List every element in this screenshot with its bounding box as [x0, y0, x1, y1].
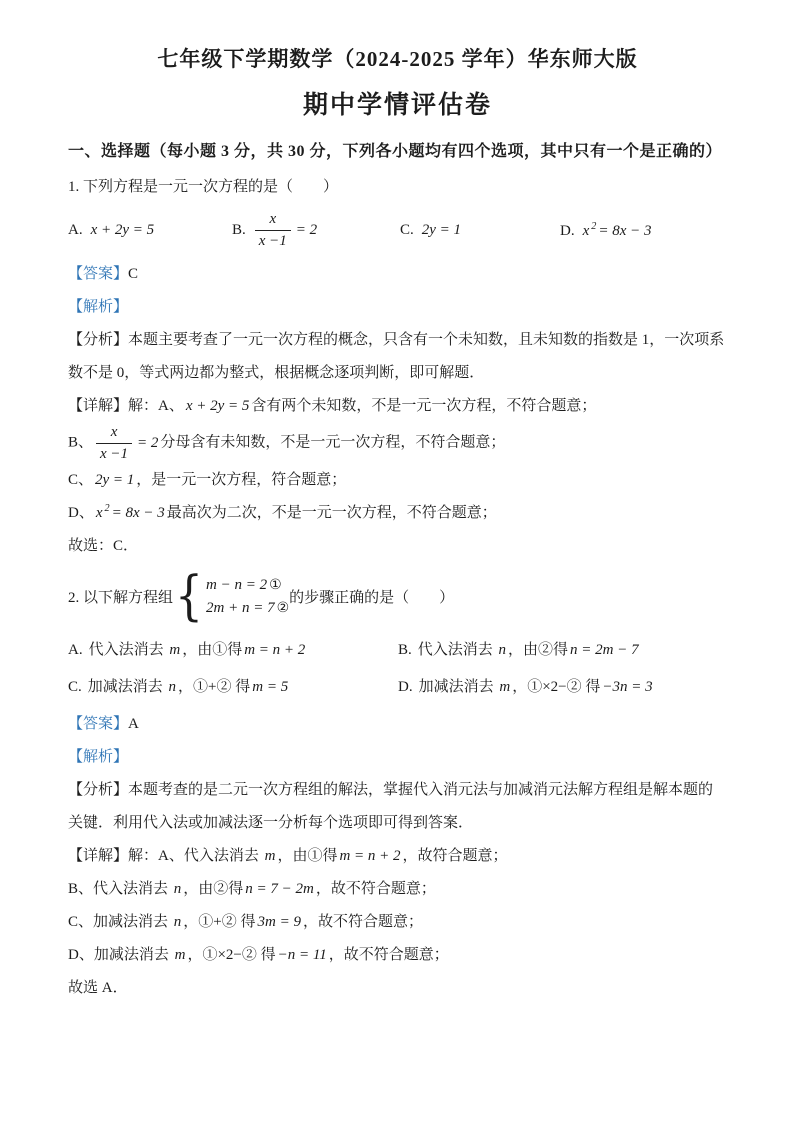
option-formula: x: [581, 223, 592, 239]
option-text: ，由①得: [182, 642, 242, 658]
question-1-option-b: B.xx −1= 2: [232, 210, 400, 251]
answer-value: C: [128, 266, 138, 282]
option-formula: x + 2y = 5: [89, 222, 157, 238]
option-text: ，①+② 得: [178, 679, 250, 695]
question-2-conclusion: 故选 A．: [68, 972, 727, 1005]
option-text: ，①×2−② 得: [512, 679, 600, 695]
question-1-option-a: A.x + 2y = 5: [68, 222, 232, 239]
question-1-detail-d: D、x2= 8x − 3最高次为二次，不是一元一次方程，不符合题意；: [68, 497, 727, 530]
detail-formula: x + 2y = 5: [184, 398, 252, 414]
analysis-tag: 【解析】: [68, 749, 128, 765]
detail-text: ，①×2−② 得: [187, 947, 275, 963]
option-variable: m: [167, 642, 182, 658]
option-label: B.: [232, 222, 246, 238]
question-2-analysis-tag-line: 【解析】: [68, 741, 727, 774]
question-2-detail-c: C、加减法消去 n，①+② 得3m = 9，故不符合题意；: [68, 906, 727, 939]
detail-text: C、加减法消去: [68, 914, 172, 930]
stem-text: 2. 以下解方程组: [68, 586, 173, 607]
detail-text: 解：A、: [128, 398, 184, 414]
question-2-option-a: A.代入法消去 m，由①得m = n + 2: [68, 635, 398, 665]
option-text: 代入法消去: [418, 642, 497, 658]
option-label: C.: [68, 679, 82, 695]
fraction-numerator: x: [255, 210, 291, 230]
question-2-option-b: B.代入法消去 n，由②得n = 2m − 7: [398, 635, 727, 665]
stem-text: 的步骤正确的是（ ）: [289, 586, 454, 607]
question-2-options: A.代入法消去 m，由①得m = n + 2 B.代入法消去 n，由②得n = …: [68, 635, 727, 702]
detail-text: ，故符合题意；: [403, 848, 508, 864]
option-variable: n: [167, 679, 179, 695]
detail-text: ，故不符合题意；: [329, 947, 449, 963]
question-1-option-c: C.2y = 1: [400, 222, 560, 239]
detail-text: ，由①得: [277, 848, 337, 864]
detail-variable: m: [263, 848, 278, 864]
detail-text: ，故不符合题意；: [303, 914, 423, 930]
fraction-denominator: x −1: [255, 230, 291, 251]
detail-text: D、: [68, 505, 94, 521]
exponent: 2: [105, 503, 110, 514]
question-2-answer-line: 【答案】A: [68, 708, 727, 741]
exam-document-page: 七年级下学期数学（2024-2025 学年）华东师大版 期中学情评估卷 一、选择…: [0, 0, 793, 1005]
analysis-text: 本题考查的是二元一次方程组的解法，掌握代入消元法与加减消元法解方程组是解本题的关…: [68, 782, 713, 831]
question-2-stem: 2. 以下解方程组{m − n = 2①2m + n = 7②的步骤正确的是（ …: [68, 568, 727, 626]
question-1-detail-b: B、xx −1= 2分母含有未知数，不是一元一次方程，不符合题意；: [68, 423, 727, 464]
detail-label: 【详解】: [68, 848, 128, 864]
detail-variable: n: [172, 914, 184, 930]
detail-text: ，是一元一次方程，符合题意；: [136, 472, 346, 488]
question-2-analysis-paragraph: 【分析】本题考查的是二元一次方程组的解法，掌握代入消元法与加减消元法解方程组是解…: [68, 774, 727, 840]
fraction-numerator: x: [96, 423, 132, 443]
question-1-answer-line: 【答案】C: [68, 258, 727, 291]
option-text: 代入法消去: [89, 642, 168, 658]
question-2-detail-b: B、代入法消去 n，由②得n = 7 − 2m，故不符合题意；: [68, 873, 727, 906]
detail-text: B、: [68, 435, 93, 451]
detail-label: 【详解】: [68, 398, 128, 414]
question-1-detail-c: C、2y = 1，是一元一次方程，符合题意；: [68, 464, 727, 497]
analysis-label: 【分析】: [68, 332, 128, 348]
detail-text: ，由②得: [183, 881, 243, 897]
equation-system: m − n = 2①2m + n = 7②: [204, 574, 289, 621]
option-label: A.: [68, 642, 83, 658]
answer-value: A: [128, 716, 139, 732]
question-1-analysis-tag-line: 【解析】: [68, 291, 727, 324]
option-label: D.: [560, 223, 575, 239]
option-formula: m = 5: [250, 679, 290, 695]
equation-number-mark: ①: [269, 577, 282, 593]
page-title: 七年级下学期数学（2024-2025 学年）华东师大版: [68, 44, 727, 76]
question-1-conclusion: 故选：C．: [68, 530, 727, 563]
option-text: 加减法消去: [88, 679, 167, 695]
option-label: C.: [400, 222, 414, 238]
option-label: D.: [398, 679, 413, 695]
detail-text: ，故不符合题意；: [316, 881, 436, 897]
equation-2: 2m + n = 7②: [204, 597, 289, 620]
equation-formula: 2m + n = 7: [204, 600, 277, 616]
option-variable: n: [497, 642, 509, 658]
detail-formula: −n = 11: [276, 947, 329, 963]
analysis-tag: 【解析】: [68, 299, 128, 315]
option-variable: m: [497, 679, 512, 695]
option-formula: = 8x − 3: [596, 223, 653, 239]
answer-tag: 【答案】: [68, 266, 128, 282]
equation-number-mark: ②: [277, 600, 290, 616]
detail-formula: 2y = 1: [93, 472, 136, 488]
option-formula: 2y = 1: [420, 222, 463, 238]
detail-formula: m = n + 2: [337, 848, 402, 864]
detail-formula: 3m = 9: [255, 914, 302, 930]
fraction: xx −1: [96, 423, 132, 464]
option-label: B.: [398, 642, 412, 658]
analysis-label: 【分析】: [68, 782, 128, 798]
detail-formula: x: [94, 505, 105, 521]
question-2-option-c: C.加减法消去 n，①+② 得m = 5: [68, 672, 398, 702]
equation-1: m − n = 2①: [204, 574, 289, 597]
system-brace: {: [175, 570, 203, 624]
page-subtitle: 期中学情评估卷: [68, 87, 727, 126]
detail-text: B、代入法消去: [68, 881, 172, 897]
analysis-text: 本题主要考查了一元一次方程的概念，只含有一个未知数，且未知数的指数是 1，一次项…: [68, 332, 724, 381]
option-formula: m = n + 2: [242, 642, 307, 658]
fraction-denominator: x −1: [96, 443, 132, 464]
detail-variable: n: [172, 881, 184, 897]
answer-tag: 【答案】: [68, 716, 128, 732]
fraction: xx −1: [255, 210, 291, 251]
question-1-stem: 1. 下列方程是一元一次方程的是（ ）: [68, 171, 727, 204]
option-label: A.: [68, 222, 83, 238]
question-1-options: A.x + 2y = 5 B.xx −1= 2 C.2y = 1 D.x2= 8…: [68, 208, 727, 252]
detail-text: 最高次为二次，不是一元一次方程，不符合题意；: [167, 505, 497, 521]
detail-text: D、加减法消去: [68, 947, 173, 963]
detail-text: C、: [68, 472, 93, 488]
detail-text: 含有两个未知数，不是一元一次方程，不符合题意；: [251, 398, 596, 414]
question-1-analysis-paragraph: 【分析】本题主要考查了一元一次方程的概念，只含有一个未知数，且未知数的指数是 1…: [68, 324, 727, 390]
equation-formula: m − n = 2: [204, 577, 269, 593]
option-text: ，由②得: [508, 642, 568, 658]
detail-formula: = 2: [135, 435, 160, 451]
question-1-detail-a: 【详解】解：A、x + 2y = 5含有两个未知数，不是一元一次方程，不符合题意…: [68, 390, 727, 423]
option-formula: −3n = 3: [600, 679, 654, 695]
section-heading: 一、选择题（每小题 3 分，共 30 分，下列各小题均有四个选项，其中只有一个是…: [68, 136, 727, 168]
detail-variable: m: [173, 947, 188, 963]
question-1-option-d: D.x2= 8x − 3: [560, 221, 727, 240]
question-2-detail-a: 【详解】解：A、代入法消去 m，由①得m = n + 2，故符合题意；: [68, 840, 727, 873]
detail-formula: n = 7 − 2m: [243, 881, 316, 897]
detail-text: ，①+② 得: [183, 914, 255, 930]
option-formula: n = 2m − 7: [568, 642, 641, 658]
detail-formula: = 8x − 3: [110, 505, 167, 521]
detail-text: 分母含有未知数，不是一元一次方程，不符合题意；: [160, 435, 505, 451]
detail-text: 解：A、代入法消去: [128, 848, 263, 864]
question-2-option-d: D.加减法消去 m，①×2−② 得−3n = 3: [398, 672, 727, 702]
option-formula: = 2: [294, 222, 319, 238]
option-text: 加减法消去: [419, 679, 498, 695]
question-2-detail-d: D、加减法消去 m，①×2−② 得−n = 11，故不符合题意；: [68, 939, 727, 972]
